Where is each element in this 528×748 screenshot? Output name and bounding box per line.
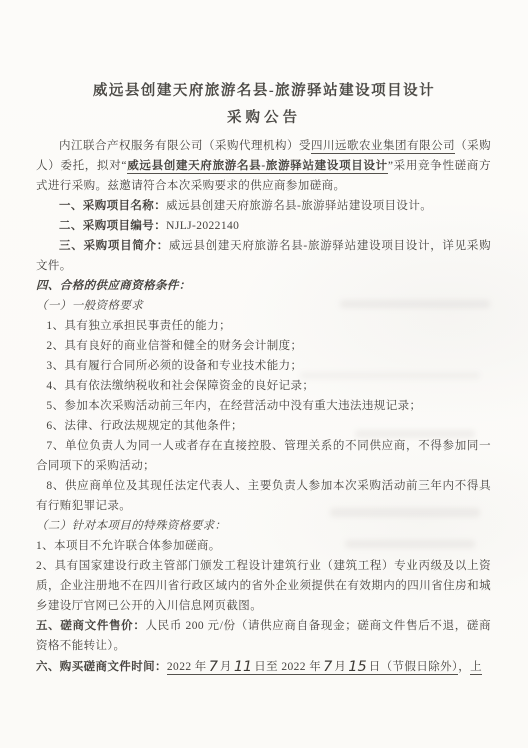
project-name-underlined: 威远县创建天府旅游名县-旅游驿站建设项目设计 [127,160,388,174]
date-start: 2022 年 [167,661,207,673]
intro-text-a: 内江联合产权服务有限公司（采购代理机构）受 [59,140,311,152]
section-3-label: 三、采购项目简介： [59,240,169,252]
handwritten-month-2: 7 [321,659,334,675]
general-item-6: 6、法律、行政法规规定的其他条件； [36,416,491,436]
general-item-1: 1、具有独立承担民事责任的能力； [36,316,491,336]
section-5-label: 五、磋商文件售价： [36,620,146,632]
document-body: 内江联合产权服务有限公司（采购代理机构）受四川远歌农业集团有限公司（采购人）委托… [0,136,528,677]
purchaser-name-underlined: 四川远歌农业集团有限公司 [311,140,455,154]
section-2-label: 二、采购项目编号： [59,220,166,232]
document-subtitle: 采购公告 [0,110,528,126]
section-qualification-heading: 四、合格的供应商资格条件： [36,276,491,296]
handwritten-day-2: 15 [346,659,368,675]
section-project-summary: 三、采购项目简介：威远县创建天府旅游名县-旅游驿站建设项目设计，详见采购文件。 [36,236,491,276]
general-item-4: 4、具有依法缴纳税收和社会保障资金的良好记录； [36,376,491,396]
date-mid-1: 月 [220,661,232,673]
line-continuation-underlined: 上 [470,661,482,675]
section-project-number: 二、采购项目编号：NJLJ-2022140 [36,216,491,236]
handwritten-day-1: 11 [232,659,254,675]
handwritten-month-1: 7 [207,659,220,675]
section-1-label: 一、采购项目名称： [59,200,166,212]
section-6-label: 六、购买磋商文件时间： [36,661,167,673]
section-purchase-time: 六、购买磋商文件时间：2022 年7月11日至 2022 年7月15日（节假日除… [36,656,491,677]
general-qualification-heading: （一）一般资格要求 [36,296,491,316]
special-item-1: 1、本项目不允许联合体参加磋商。 [36,536,491,556]
document-title: 威远县创建天府旅游名县-旅游驿站建设项目设计 [0,0,528,99]
date-comma: ， [458,661,470,673]
special-qualification-heading: （二）针对本项目的特殊资格要求： [36,516,491,536]
date-mid-3: 月 [334,661,346,673]
section-2-text: NJLJ-2022140 [166,220,239,232]
general-item-3: 3、具有履行合同所必须的设备和专业技术能力； [36,356,491,376]
general-item-8: 8、供应商单位及其现任法定代表人、主要负责人参加本次采购活动前三年内不得具有行贿… [36,476,491,516]
section-1-text: 威远县创建天府旅游名县-旅游驿站建设项目设计。 [166,200,432,212]
special-item-2: 2、具有国家建设行政主管部门颁发工程设计建筑行业（建筑工程）专业丙级及以上资质，… [36,556,491,616]
general-item-7: 7、单位负责人为同一人或者存在直接控股、管理关系的不同供应商，不得参加同一合同项… [36,436,491,476]
intro-paragraph: 内江联合产权服务有限公司（采购代理机构）受四川远歌农业集团有限公司（采购人）委托… [36,136,491,196]
date-end: 日（节假日除外） [369,661,458,673]
section-document-price: 五、磋商文件售价：人民币 200 元/份（请供应商自备现金；磋商文件售后不退，磋… [36,616,491,656]
section-project-name: 一、采购项目名称：威远县创建天府旅游名县-旅游驿站建设项目设计。 [36,196,491,216]
scanned-procurement-announcement-page: 威远县创建天府旅游名县-旅游驿站建设项目设计 采购公告 内江联合产权服务有限公司… [0,0,528,748]
date-mid-2: 日至 2022 年 [254,661,321,673]
purchase-date-range-underlined: 2022 年7月11日至 2022 年7月15日（节假日除外） [167,661,458,675]
general-item-2: 2、具有良好的商业信誉和健全的财务会计制度； [36,336,491,356]
general-item-5: 5、参加本次采购活动前三年内，在经营活动中没有重大违法违规记录； [36,396,491,416]
